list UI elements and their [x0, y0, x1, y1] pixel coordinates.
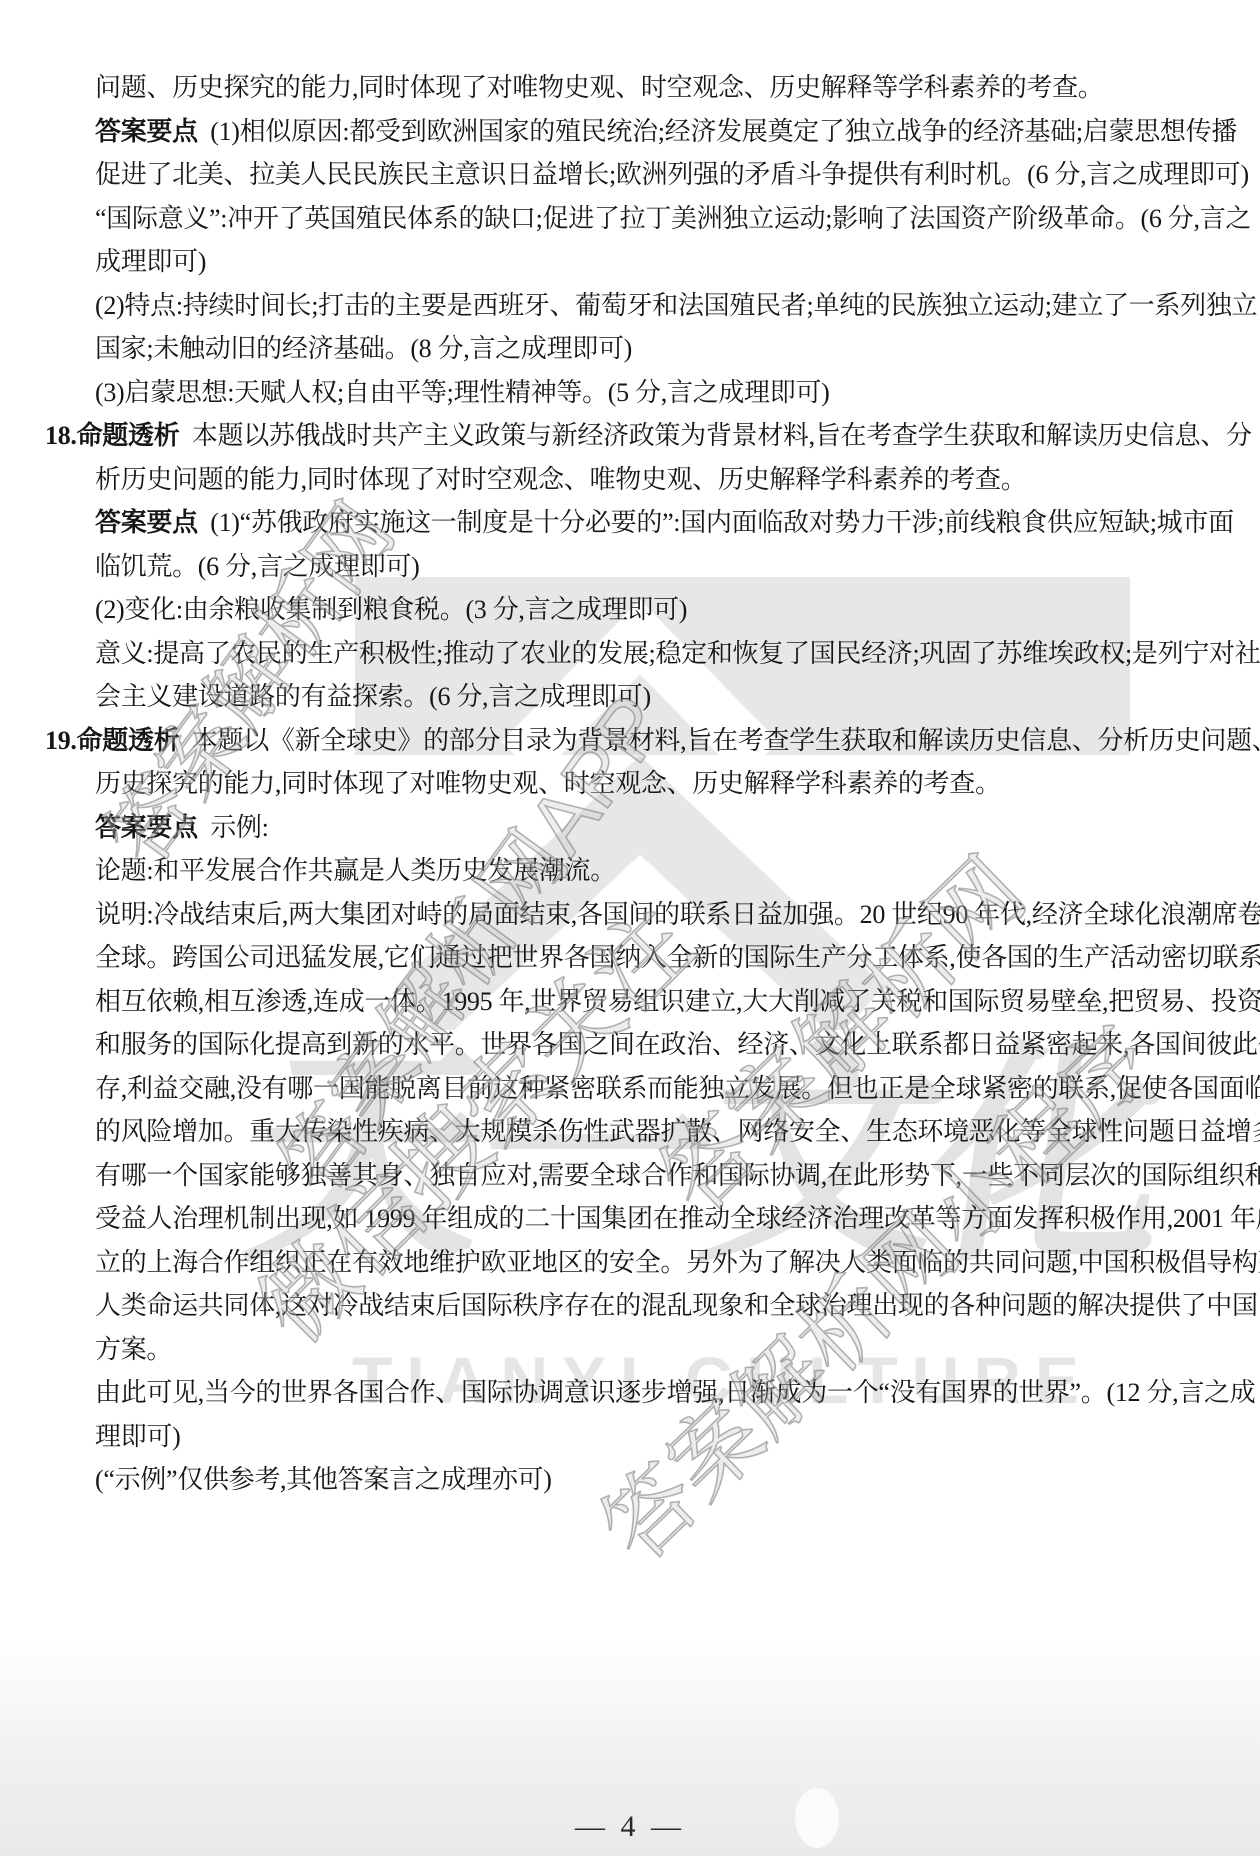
- text-run: 存,利益交融,没有哪一国能脱离目前这种紧密联系而能独立发展。但也正是全球紧密的联…: [95, 1074, 1260, 1103]
- text-run: 人类命运共同体,这对冷战结束后国际秩序存在的混乱现象和全球治理出现的各种问题的解…: [95, 1291, 1258, 1320]
- text-run: 说明:冷战结束后,两大集团对峙的局面结束,各国间的联系日益加强。20 世纪90 …: [95, 900, 1260, 929]
- text-run: 会主义建设道路的有益探索。(6 分,言之成理即可): [95, 682, 651, 711]
- text-line: 临饥荒。(6 分,言之成理即可): [95, 545, 1215, 589]
- text-line: 的风险增加。重大传染性疾病、大规模杀伤性武器扩散、网络安全、生态环境恶化等全球性…: [95, 1110, 1215, 1154]
- text-line: 全球。跨国公司迅猛发展,它们通过把世界各国纳入全新的国际生产分工体系,使各国的生…: [95, 936, 1215, 980]
- text-run: 论题:和平发展合作共赢是人类历史发展潮流。: [95, 856, 616, 885]
- text-line: 19.命题透析 本题以《新全球史》的部分目录为背景材料,旨在考查学生获取和解读历…: [95, 719, 1215, 763]
- text-line: 由此可见,当今的世界各国合作、国际协调意识逐步增强,日渐成为一个“没有国界的世界…: [95, 1371, 1215, 1415]
- text-run: 方案。: [95, 1335, 172, 1364]
- text-line: 相互依赖,相互渗透,连成一体。1995 年,世界贸易组识建立,大大削减了关税和国…: [95, 980, 1215, 1024]
- text-line: 析历史问题的能力,同时体现了对时空观念、唯物史观、历史解释学科素养的考查。: [95, 458, 1215, 502]
- text-run: 促进了北美、拉美人民民族民主意识日益增长;欧洲列强的矛盾斗争提供有利时机。(6 …: [95, 160, 1249, 189]
- text-line: “国际意义”:冲开了英国殖民体系的缺口;促进了拉丁美洲独立运动;影响了法国资产阶…: [95, 197, 1215, 241]
- text-run: 立的上海合作组织正在有效地维护欧亚地区的安全。另外为了解决人类面临的共同问题,中…: [95, 1248, 1260, 1277]
- text-line: 受益人治理机制出现,如 1999 年组成的二十国集团在推动全球经济治理改革等方面…: [95, 1197, 1215, 1241]
- text-run: 本题以《新全球史》的部分目录为背景材料,旨在考查学生获取和解读历史信息、分析历史…: [179, 726, 1260, 755]
- text-line: 答案要点 示例:: [95, 806, 1215, 850]
- text-line: 成理即可): [95, 240, 1215, 284]
- text-run: 和服务的国际化提高到新的水平。世界各国之间在政治、经济、文化上联系都日益紧密起来…: [95, 1030, 1260, 1059]
- text-run: 问题、历史探究的能力,同时体现了对唯物史观、时空观念、历史解释等学科素养的考查。: [95, 73, 1104, 102]
- text-line: 立的上海合作组织正在有效地维护欧亚地区的安全。另外为了解决人类面临的共同问题,中…: [95, 1241, 1215, 1285]
- document-text: 问题、历史探究的能力,同时体现了对唯物史观、时空观念、历史解释等学科素养的考查。…: [95, 66, 1215, 1502]
- text-run: 历史探究的能力,同时体现了对唯物史观、时空观念、历史解释学科素养的考查。: [95, 769, 1001, 798]
- text-label: 命题透析: [77, 420, 180, 450]
- text-run: 析历史问题的能力,同时体现了对时空观念、唯物史观、历史解释学科素养的考查。: [95, 465, 1026, 494]
- text-line: 存,利益交融,没有哪一国能脱离目前这种紧密联系而能独立发展。但也正是全球紧密的联…: [95, 1067, 1215, 1111]
- text-line: 有哪一个国家能够独善其身、独自应对,需要全球合作和国际协调,在此形势下,一些不同…: [95, 1154, 1215, 1198]
- text-label: 答案要点: [95, 507, 198, 537]
- text-line: (3)启蒙思想:天赋人权;自由平等;理性精神等。(5 分,言之成理即可): [95, 371, 1215, 415]
- text-line: 答案要点 (1)相似原因:都受到欧洲国家的殖民统治;经济发展奠定了独立战争的经济…: [95, 110, 1215, 154]
- text-line: 促进了北美、拉美人民民族民主意识日益增长;欧洲列强的矛盾斗争提供有利时机。(6 …: [95, 153, 1215, 197]
- text-line: 历史探究的能力,同时体现了对唯物史观、时空观念、历史解释学科素养的考查。: [95, 762, 1215, 806]
- text-line: 方案。: [95, 1328, 1215, 1372]
- text-line: 问题、历史探究的能力,同时体现了对唯物史观、时空观念、历史解释等学科素养的考查。: [95, 66, 1215, 110]
- text-line: 人类命运共同体,这对冷战结束后国际秩序存在的混乱现象和全球治理出现的各种问题的解…: [95, 1284, 1215, 1328]
- text-run: (2)变化:由余粮收集制到粮食税。(3 分,言之成理即可): [95, 595, 687, 624]
- text-line: 会主义建设道路的有益探索。(6 分,言之成理即可): [95, 675, 1215, 719]
- text-run: 理即可): [95, 1422, 180, 1451]
- text-run: 全球。跨国公司迅猛发展,它们通过把世界各国纳入全新的国际生产分工体系,使各国的生…: [95, 943, 1260, 972]
- text-line: 理即可): [95, 1415, 1215, 1459]
- text-run: (3)启蒙思想:天赋人权;自由平等;理性精神等。(5 分,言之成理即可): [95, 378, 830, 407]
- text-line: 论题:和平发展合作共赢是人类历史发展潮流。: [95, 849, 1215, 893]
- text-run: 有哪一个国家能够独善其身、独自应对,需要全球合作和国际协调,在此形势下,一些不同…: [95, 1161, 1260, 1190]
- text-line: 答案要点 (1)“苏俄政府实施这一制度是十分必要的”:国内面临敌对势力干涉;前线…: [95, 501, 1215, 545]
- text-run: 由此可见,当今的世界各国合作、国际协调意识逐步增强,日渐成为一个“没有国界的世界…: [95, 1378, 1255, 1407]
- text-run: 意义:提高了农民的生产积极性;推动了农业的发展;稳定和恢复了国民经济;巩固了苏维…: [95, 639, 1260, 668]
- text-run: 本题以苏俄战时共产主义政策与新经济政策为背景材料,旨在考查学生获取和解读历史信息…: [179, 421, 1251, 450]
- text-run: (“示例”仅供参考,其他答案言之成理亦可): [95, 1465, 552, 1494]
- text-line: 意义:提高了农民的生产积极性;推动了农业的发展;稳定和恢复了国民经济;巩固了苏维…: [95, 632, 1215, 676]
- text-run: 示例:: [198, 813, 269, 842]
- text-label: 答案要点: [95, 812, 198, 842]
- page-number: — 4 —: [0, 1810, 1260, 1844]
- text-run: “国际意义”:冲开了英国殖民体系的缺口;促进了拉丁美洲独立运动;影响了法国资产阶…: [95, 204, 1251, 233]
- text-line: 国家;未触动旧的经济基础。(8 分,言之成理即可): [95, 327, 1215, 371]
- scanned-answer-page: 天一文化 TIANYI CULTURE 问题、历史探究的能力,同时体现了对唯物史…: [0, 0, 1260, 1856]
- text-line: (2)特点:持续时间长;打击的主要是西班牙、葡萄牙和法国殖民者;单纯的民族独立运…: [95, 284, 1215, 328]
- text-line: 说明:冷战结束后,两大集团对峙的局面结束,各国间的联系日益加强。20 世纪90 …: [95, 893, 1215, 937]
- text-line: (“示例”仅供参考,其他答案言之成理亦可): [95, 1458, 1215, 1502]
- text-line: (2)变化:由余粮收集制到粮食税。(3 分,言之成理即可): [95, 588, 1215, 632]
- text-line: 18.命题透析 本题以苏俄战时共产主义政策与新经济政策为背景材料,旨在考查学生获…: [95, 414, 1215, 458]
- text-run: (2)特点:持续时间长;打击的主要是西班牙、葡萄牙和法国殖民者;单纯的民族独立运…: [95, 291, 1257, 320]
- text-run: 国家;未触动旧的经济基础。(8 分,言之成理即可): [95, 334, 632, 363]
- text-label: 18.: [45, 421, 77, 450]
- text-label: 答案要点: [95, 116, 198, 146]
- text-run: 相互依赖,相互渗透,连成一体。1995 年,世界贸易组识建立,大大削减了关税和国…: [95, 987, 1260, 1016]
- text-label: 命题透析: [77, 725, 180, 755]
- text-run: 的风险增加。重大传染性疾病、大规模杀伤性武器扩散、网络安全、生态环境恶化等全球性…: [95, 1117, 1260, 1146]
- text-run: 受益人治理机制出现,如 1999 年组成的二十国集团在推动全球经济治理改革等方面…: [95, 1204, 1260, 1233]
- text-run: (1)相似原因:都受到欧洲国家的殖民统治;经济发展奠定了独立战争的经济基础;启蒙…: [198, 117, 1237, 146]
- text-label: 19.: [45, 726, 77, 755]
- text-run: (1)“苏俄政府实施这一制度是十分必要的”:国内面临敌对势力干涉;前线粮食供应短…: [198, 508, 1234, 537]
- text-run: 临饥荒。(6 分,言之成理即可): [95, 552, 420, 581]
- text-line: 和服务的国际化提高到新的水平。世界各国之间在政治、经济、文化上联系都日益紧密起来…: [95, 1023, 1215, 1067]
- text-run: 成理即可): [95, 247, 206, 276]
